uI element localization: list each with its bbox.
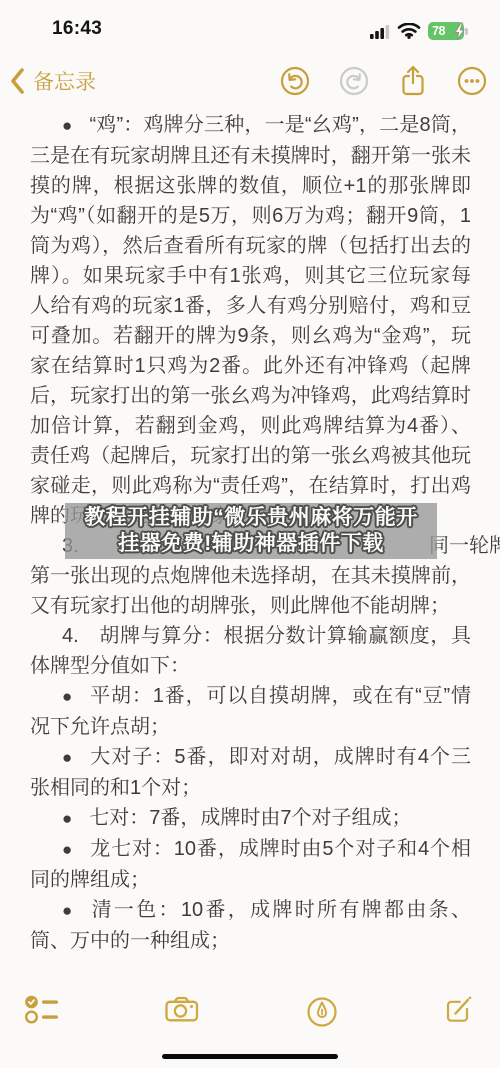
camera-button[interactable] [162,994,202,1024]
status-bar: 16:43 78 [0,0,500,54]
battery-charging-indicator: 78 [428,22,474,40]
bullet-icon: ● [62,116,72,135]
back-button[interactable]: 备忘录 [10,66,96,96]
share-button[interactable] [397,64,429,98]
bullet-icon: ● [62,809,72,828]
wifi-icon [397,23,421,39]
home-indicator[interactable] [162,1054,338,1059]
status-time: 16:43 [52,18,102,40]
undo-button[interactable] [279,65,311,97]
markup-pen-button[interactable] [304,994,340,1030]
redo-button[interactable] [338,65,370,97]
ad-watermark-line1: 教程开挂辅助“微乐贵州麻将万能开 [84,505,418,531]
charging-bolt-icon [453,22,466,41]
note-score-item: ●清一色：10番，成牌时所有牌都由条、筒、万中的一种组成； [30,895,471,956]
note-score-item: ●七对：7番，成牌时由7个对子组成； [30,803,471,834]
note-item3-continuation: 第一张出现的点炮牌他未选择胡，在其未摸牌前，又有玩家打出他的胡牌张，则此牌他不能… [30,561,471,621]
note-item4-text: 胡牌与算分：根据分数计算输赢额度，具体牌型分值如下： [30,625,471,677]
note-score-item: ●平胡：1番，可以自摸胡牌，或在有“豆”情况下允许点胡； [30,681,471,742]
note-score-item: ●大对子：5番，即对对胡，成牌时有4个三张相同的和1个对； [30,742,471,803]
note-paragraph-text: “鸡”：鸡牌分三种，一是“幺鸡”，二是8筒，三是在有玩家胡牌且还有未摸牌时，翻开… [30,114,471,527]
note-paragraph-chicken-rule: ●“鸡”：鸡牌分三种，一是“幺鸡”，二是8筒，三是在有玩家胡牌且还有未摸牌时，翻… [30,110,471,531]
battery-percent-label: 78 [432,24,445,38]
checklist-button[interactable] [24,994,60,1025]
cellular-signal-icon [370,24,390,39]
compose-note-button[interactable] [442,994,474,1026]
bullet-icon: ● [62,687,73,706]
bullet-icon: ● [62,840,73,859]
note-score-item: ●龙七对：10番，成牌时由5个对子和4个相同的牌组成； [30,834,471,895]
back-button-label: 备忘录 [33,66,96,96]
more-options-button[interactable] [456,65,488,97]
back-chevron-icon [10,67,25,95]
bullet-icon: ● [62,748,73,767]
nav-bar: 备忘录 [0,58,500,110]
ad-watermark-overlay: 教程开挂辅助“微乐贵州麻将万能开 挂器免费!辅助神器插件下载 [65,503,437,559]
bullet-icon: ● [62,901,75,920]
note-item4-scoring-heading: 4.胡牌与算分：根据分数计算输赢额度，具体牌型分值如下： [30,621,471,681]
list-number: 4. [62,625,79,647]
ad-watermark-line2: 挂器免费!辅助神器插件下载 [118,531,384,557]
